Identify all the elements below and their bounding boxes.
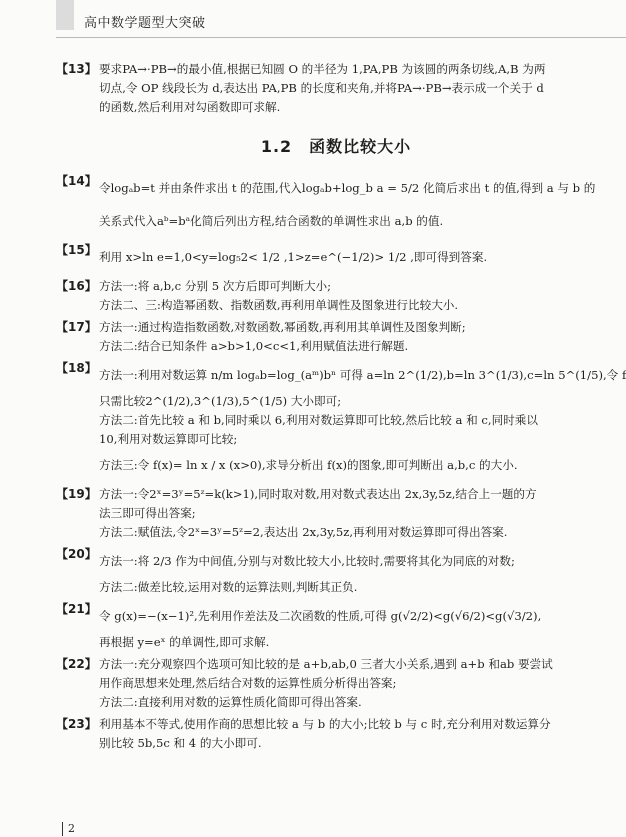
- item-line: 方法一:令2ˣ=3ʸ=5ᶻ=k(k>1),同时取对数,用对数式表达出 2x,3y…: [99, 485, 616, 504]
- item-line: 方法一:充分观察四个选项可知比较的是 a+b,ab,0 三者大小关系,遇到 a+…: [99, 655, 616, 674]
- solution-item-23: 【23】 利用基本不等式,使用作商的思想比较 a 与 b 的大小;比较 b 与 …: [56, 715, 616, 753]
- page-number: 2: [62, 822, 75, 836]
- header-decoration-block: [56, 0, 74, 30]
- item-line: 方法一:将 2/3 作为中间值,分别与对数比较大小,比较时,需要将其化为同底的对…: [99, 545, 616, 578]
- solution-item-20: 【20】 方法一:将 2/3 作为中间值,分别与对数比较大小,比较时,需要将其化…: [56, 545, 616, 597]
- item-line: 方法二:首先比较 a 和 b,同时乘以 6,利用对数运算即可比较,然后比较 a …: [99, 411, 616, 430]
- item-line: 10,利用对数运算即可比较;: [99, 430, 616, 449]
- item-line: 关系式代入aᵇ=bᵃ化简后列出方程,结合函数的单调性求出 a,b 的值.: [99, 205, 616, 238]
- item-line: 方法三:令 f(x)= ln x / x (x>0),求导分析出 f(x)的图象…: [99, 449, 616, 482]
- item-number: 【22】: [56, 655, 97, 674]
- book-title: 高中数学题型大突破: [84, 12, 206, 31]
- solution-item-22: 【22】 方法一:充分观察四个选项可知比较的是 a+b,ab,0 三者大小关系,…: [56, 655, 616, 712]
- item-line: 别比较 5b,5c 和 4 的大小即可.: [99, 734, 616, 753]
- page-content: 【13】 要求PA→·PB→的最小值,根据已知圆 O 的半径为 1,PA,PB …: [56, 60, 616, 756]
- item-line: 令 g(x)=−(x−1)²,先利用作差法及二次函数的性质,可得 g(√2/2)…: [99, 600, 616, 633]
- solution-item-18: 【18】 方法一:利用对数运算 n/m logₐb=log_(aᵐ)bⁿ 可得 …: [56, 359, 616, 482]
- item-line: 方法二:直接利用对数的运算性质化简即可得出答案.: [99, 693, 616, 712]
- item-line: 方法二:结合已知条件 a>b>1,0<c<1,利用赋值法进行解题.: [99, 337, 616, 356]
- solution-item-15: 【15】 利用 x>ln e=1,0<y=log₅2< 1/2 ,1>z=e^(…: [56, 241, 616, 274]
- item-number: 【18】: [56, 359, 97, 378]
- solution-item-19: 【19】 方法一:令2ˣ=3ʸ=5ᶻ=k(k>1),同时取对数,用对数式表达出 …: [56, 485, 616, 542]
- item-line: 方法一:将 a,b,c 分别 5 次方后即可判断大小;: [99, 277, 616, 296]
- item-number: 【17】: [56, 318, 97, 337]
- item-line: 再根据 y=eˣ 的单调性,即可求解.: [99, 633, 616, 652]
- item-line: 利用基本不等式,使用作商的思想比较 a 与 b 的大小;比较 b 与 c 时,充…: [99, 715, 616, 734]
- item-line: 令logₐb=t 并由条件求出 t 的范围,代入logₐb+log_b a = …: [99, 172, 616, 205]
- item-number: 【19】: [56, 485, 97, 504]
- section-title: 1.2 函数比较大小: [56, 137, 616, 156]
- item-line: 法三即可得出答案;: [99, 504, 616, 523]
- solution-item-16: 【16】 方法一:将 a,b,c 分别 5 次方后即可判断大小; 方法二、三:构…: [56, 277, 616, 315]
- item-number: 【15】: [56, 241, 97, 260]
- item-line: 方法二:做差比较,运用对数的运算法则,判断其正负.: [99, 578, 616, 597]
- item-number: 【21】: [56, 600, 97, 619]
- item-number: 【13】: [56, 60, 97, 79]
- item-line: 切点,令 OP 线段长为 d,表达出 PA,PB 的长度和夹角,并将PA→·PB…: [99, 79, 616, 98]
- solution-item-13: 【13】 要求PA→·PB→的最小值,根据已知圆 O 的半径为 1,PA,PB …: [56, 60, 616, 117]
- item-number: 【23】: [56, 715, 97, 734]
- item-line: 方法二、三:构造幂函数、指数函数,再利用单调性及图象进行比较大小.: [99, 296, 616, 315]
- item-number: 【16】: [56, 277, 97, 296]
- item-number: 【20】: [56, 545, 97, 564]
- item-line: 用作商思想来处理,然后结合对数的运算性质分析得出答案;: [99, 674, 616, 693]
- item-line: 利用 x>ln e=1,0<y=log₅2< 1/2 ,1>z=e^(−1/2)…: [99, 241, 616, 274]
- solution-item-21: 【21】 令 g(x)=−(x−1)²,先利用作差法及二次函数的性质,可得 g(…: [56, 600, 616, 652]
- item-line: 的函数,然后利用对勾函数即可求解.: [99, 98, 616, 117]
- item-line: 方法一:利用对数运算 n/m logₐb=log_(aᵐ)bⁿ 可得 a=ln …: [99, 359, 616, 392]
- item-line: 方法一:通过构造指数函数,对数函数,幂函数,再利用其单调性及图象判断;: [99, 318, 616, 337]
- item-line: 要求PA→·PB→的最小值,根据已知圆 O 的半径为 1,PA,PB 为该圆的两…: [99, 60, 616, 79]
- solution-item-14: 【14】 令logₐb=t 并由条件求出 t 的范围,代入logₐb+log_b…: [56, 172, 616, 238]
- item-number: 【14】: [56, 172, 97, 191]
- item-line: 方法二:赋值法,令2ˣ=3ʸ=5ᶻ=2,表达出 2x,3y,5z,再利用对数运算…: [99, 523, 616, 542]
- item-line: 只需比较2^(1/2),3^(1/3),5^(1/5) 大小即可;: [99, 392, 616, 411]
- header-divider: [56, 37, 626, 38]
- solution-item-17: 【17】 方法一:通过构造指数函数,对数函数,幂函数,再利用其单调性及图象判断;…: [56, 318, 616, 356]
